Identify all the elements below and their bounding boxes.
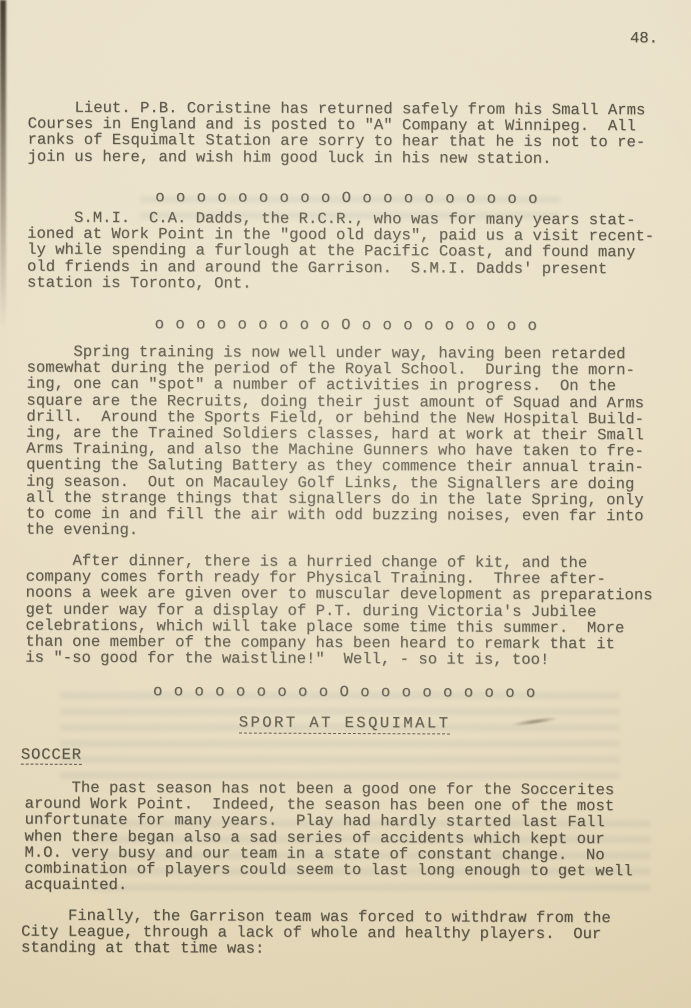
typewritten-content: 48. Lieut. P.B. Coristine has returned s… <box>0 0 691 1008</box>
paragraph-spring-training: Spring training is now well under way, h… <box>26 344 644 541</box>
page-number: 48. <box>630 30 658 46</box>
paragraph-dadds: S.M.I. C.A. Dadds, the R.C.R., who was f… <box>27 210 654 294</box>
paragraph-coristine: Lieut. P.B. Coristine has returned safel… <box>27 100 645 168</box>
scanned-document-page: 48. Lieut. P.B. Coristine has returned s… <box>0 0 691 1008</box>
section-heading-wrap: SPORT AT ESQUIMALT <box>0 713 690 735</box>
separator-row: o o o o o o o o o O o o o o o o o o o <box>1 315 691 334</box>
paragraph-withdraw: Finally, the Garrison team was forced to… <box>21 908 611 959</box>
separator-row: o o o o o o o o o O o o o o o o o o o <box>1 188 691 207</box>
heading-sport-at-esquimalt: SPORT AT ESQUIMALT <box>239 715 451 735</box>
heading-soccer: SOCCER <box>21 747 82 765</box>
paragraph-soccer-season: The past season has not been a good one … <box>24 780 633 896</box>
separator-row: o o o o o o o o o O o o o o o o o o o <box>0 682 690 701</box>
paragraph-physical-training: After dinner, there is a hurried change … <box>25 553 652 669</box>
